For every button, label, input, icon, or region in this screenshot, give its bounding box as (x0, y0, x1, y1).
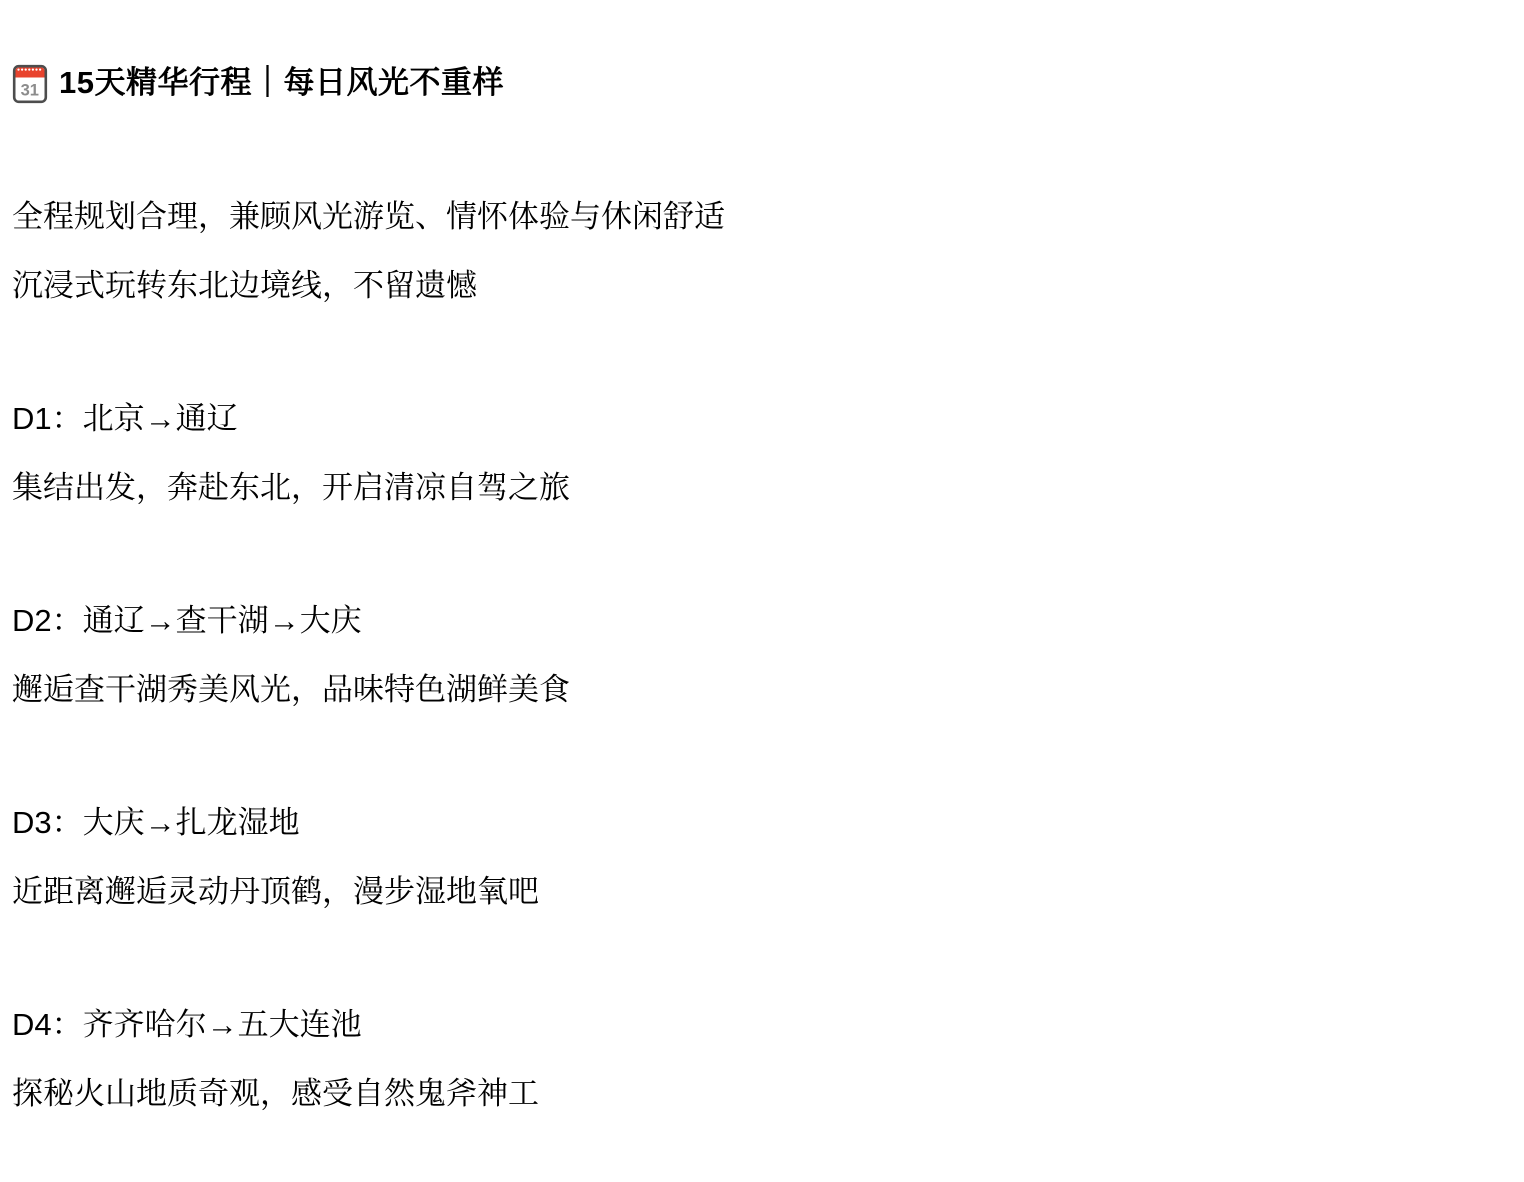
day-description: 近距离邂逅灵动丹顶鹤，漫步湿地氧吧 (12, 875, 1512, 908)
day-section: D2：通辽→查干湖→大庆 邂逅查干湖秀美风光，品味特色湖鲜美食 (12, 604, 1512, 706)
day-section: D4：齐齐哈尔→五大连池 探秘火山地质奇观，感受自然鬼斧神工 (12, 1008, 1512, 1110)
day-section: D1：北京→通辽 集结出发，奔赴东北，开启清凉自驾之旅 (12, 402, 1512, 504)
page-title-text: 15天精华行程｜每日风光不重样 (59, 63, 504, 103)
day-route-heading: D2：通辽→查干湖→大庆 (12, 604, 1512, 637)
day-section: D3：大庆→扎龙湿地 近距离邂逅灵动丹顶鹤，漫步湿地氧吧 (12, 806, 1512, 908)
page-title: 31 15天精华行程｜每日风光不重样 (12, 62, 1512, 104)
intro-line: 全程规划合理，兼顾风光游览、情怀体验与休闲舒适 (12, 200, 1512, 233)
day-route-heading: D4：齐齐哈尔→五大连池 (12, 1008, 1512, 1041)
day-route-heading: D3：大庆→扎龙湿地 (12, 806, 1512, 839)
itinerary-document: 31 15天精华行程｜每日风光不重样 全程规划合理，兼顾风光游览、情怀体验与休闲… (0, 62, 1524, 1110)
intro-line: 沉浸式玩转东北边境线，不留遗憾 (12, 269, 1512, 302)
day-route-heading: D1：北京→通辽 (12, 402, 1512, 435)
day-description: 探秘火山地质奇观，感受自然鬼斧神工 (12, 1077, 1512, 1110)
day-description: 集结出发，奔赴东北，开启清凉自驾之旅 (12, 471, 1512, 504)
calendar-day-number: 31 (21, 82, 39, 100)
calendar-icon: 31 (12, 62, 48, 104)
day-description: 邂逅查干湖秀美风光，品味特色湖鲜美食 (12, 673, 1512, 706)
